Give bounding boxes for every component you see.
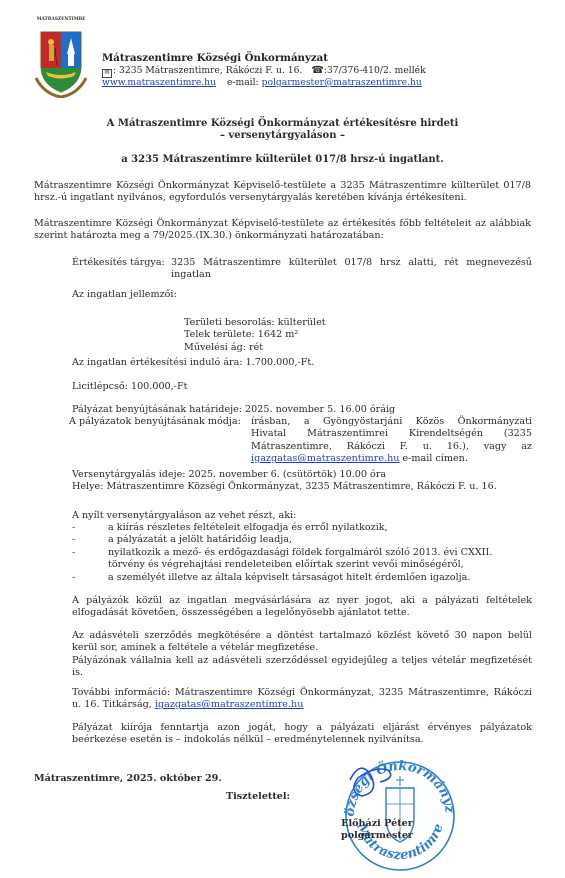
auction-time: Versenytárgyalás ideje: 2025. november 6…: [72, 469, 386, 481]
bullet: -: [72, 534, 108, 546]
signer-name: Előházi Péter: [322, 818, 432, 830]
telephone-icon: ☎: [311, 65, 323, 76]
feature-item: Telek területe: 1642 m²: [184, 329, 326, 341]
submission-email-link[interactable]: igazgatas@matraszentimre.hu: [251, 453, 399, 464]
more-info-email-link[interactable]: igazgatas@matraszentimre.hu: [155, 699, 303, 710]
bullet: -: [72, 572, 108, 584]
signature-block: Előházi Péter polgármester: [322, 818, 432, 842]
winner-paragraph: A pályázók közül az ingatlan megvásárlás…: [72, 595, 532, 620]
phone: :37/376-410/2. mellék: [324, 65, 426, 76]
submission-method-label: A pályázatok benyújtásának módja:: [69, 416, 241, 428]
bullet: -: [72, 547, 108, 572]
eligibility-item: - a személyét illetve az általa képvisel…: [72, 572, 542, 584]
starting-price: Az ingatlan értékesítési induló ára: 1.7…: [72, 357, 314, 369]
intro-paragraph-1: Mátraszentimre Községi Önkormányzat Képv…: [34, 180, 531, 205]
reservation-paragraph: Pályázat kiírója fenntartja azon jogát, …: [72, 722, 532, 747]
submission-line: igazgatas@matraszentimre.hu e-mail címen…: [251, 453, 532, 465]
municipality-crest: MÁTRASZENTIMRE: [34, 14, 88, 92]
submission-line: Hivatal Mátraszentimrei Kirendeltségén (…: [251, 428, 532, 440]
intro-paragraph-2: Mátraszentimre Községi Önkormányzat Képv…: [34, 218, 531, 243]
regards: Tisztelettel:: [226, 791, 290, 803]
subject-value-line-1: 3235 Mátraszentimre külterület 017/8 hrs…: [171, 257, 532, 269]
features-label: Az ingatlan jellemzői:: [72, 289, 177, 301]
crest-caption: MÁTRASZENTIMRE: [34, 14, 88, 26]
title-line-3: a 3235 Mátraszentimre külterület 017/8 h…: [0, 154, 565, 166]
eligibility-list: - a kiírás részletes feltételeit elfogad…: [72, 522, 542, 584]
address: 3235 Mátraszentimre, Rákóczi F. u. 16.: [119, 65, 302, 76]
eligibility-item: - nyilatkozik a mező- és erdőgazdasági f…: [72, 547, 542, 572]
features-list: Területi besorolás: külterület Telek ter…: [184, 317, 326, 354]
official-stamp-icon: Községi Önkormányzat Mátraszentimre: [340, 752, 460, 874]
email-label: e-mail:: [227, 77, 259, 88]
submission-line: Mátraszentimre, Rákóczi F. u. 16.), vagy…: [251, 441, 532, 453]
contract-paragraph: Az adásvételi szerződés megkötésére a dö…: [72, 630, 532, 655]
feature-item: Művelési ág: rét: [184, 342, 326, 354]
subject-value-line-2: ingatlan: [171, 269, 532, 281]
eligibility-item: - a kiírás részletes feltételeit elfogad…: [72, 522, 542, 534]
website-link[interactable]: www.matraszentimre.hu: [102, 77, 216, 88]
organization-name: Mátraszentimre Községi Önkormányzat: [102, 52, 328, 64]
place-and-date: Mátraszentimre, 2025. október 29.: [34, 773, 222, 785]
payment-paragraph: Pályázónak vállalnia kell az adásvételi …: [72, 655, 532, 680]
subject-label: Értékesítés tárgya:: [72, 257, 165, 269]
signer-title: polgármester: [322, 830, 432, 842]
eligibility-intro: A nyílt versenytárgyaláson az vehet rész…: [72, 510, 296, 522]
eligibility-item: - a pályázatát a jelölt határidőig leadj…: [72, 534, 542, 546]
coat-of-arms-icon: [34, 28, 88, 98]
feature-item: Területi besorolás: külterület: [184, 317, 326, 329]
submission-method-value: írásban, a Gyöngyöstarjáni Közös Önkormá…: [251, 416, 532, 466]
header-contact-line: www.matraszentimre.hu e-mail: polgarmest…: [102, 77, 422, 89]
title-line-2: – versenytárgyaláson –: [0, 130, 565, 142]
bid-step: Licitlépcső: 100.000,-Ft: [72, 381, 187, 393]
submission-deadline: Pályázat benyújtásának határideje: 2025.…: [72, 404, 395, 416]
auction-place: Helye: Mátraszentimre Községi Önkormányz…: [72, 481, 497, 493]
header-address-line: ✉: 3235 Mátraszentimre, Rákóczi F. u. 16…: [102, 65, 426, 77]
bullet: -: [72, 522, 108, 534]
title-line-1: A Mátraszentimre Községi Önkormányzat ér…: [0, 118, 565, 130]
header-email-link[interactable]: polgarmester@matraszentimre.hu: [262, 77, 422, 88]
submission-line: írásban, a Gyöngyöstarjáni Közös Önkormá…: [251, 416, 532, 428]
subject-value: 3235 Mátraszentimre külterület 017/8 hrs…: [171, 257, 532, 282]
more-info-paragraph: További információ: Mátraszentimre Közsé…: [72, 687, 532, 712]
